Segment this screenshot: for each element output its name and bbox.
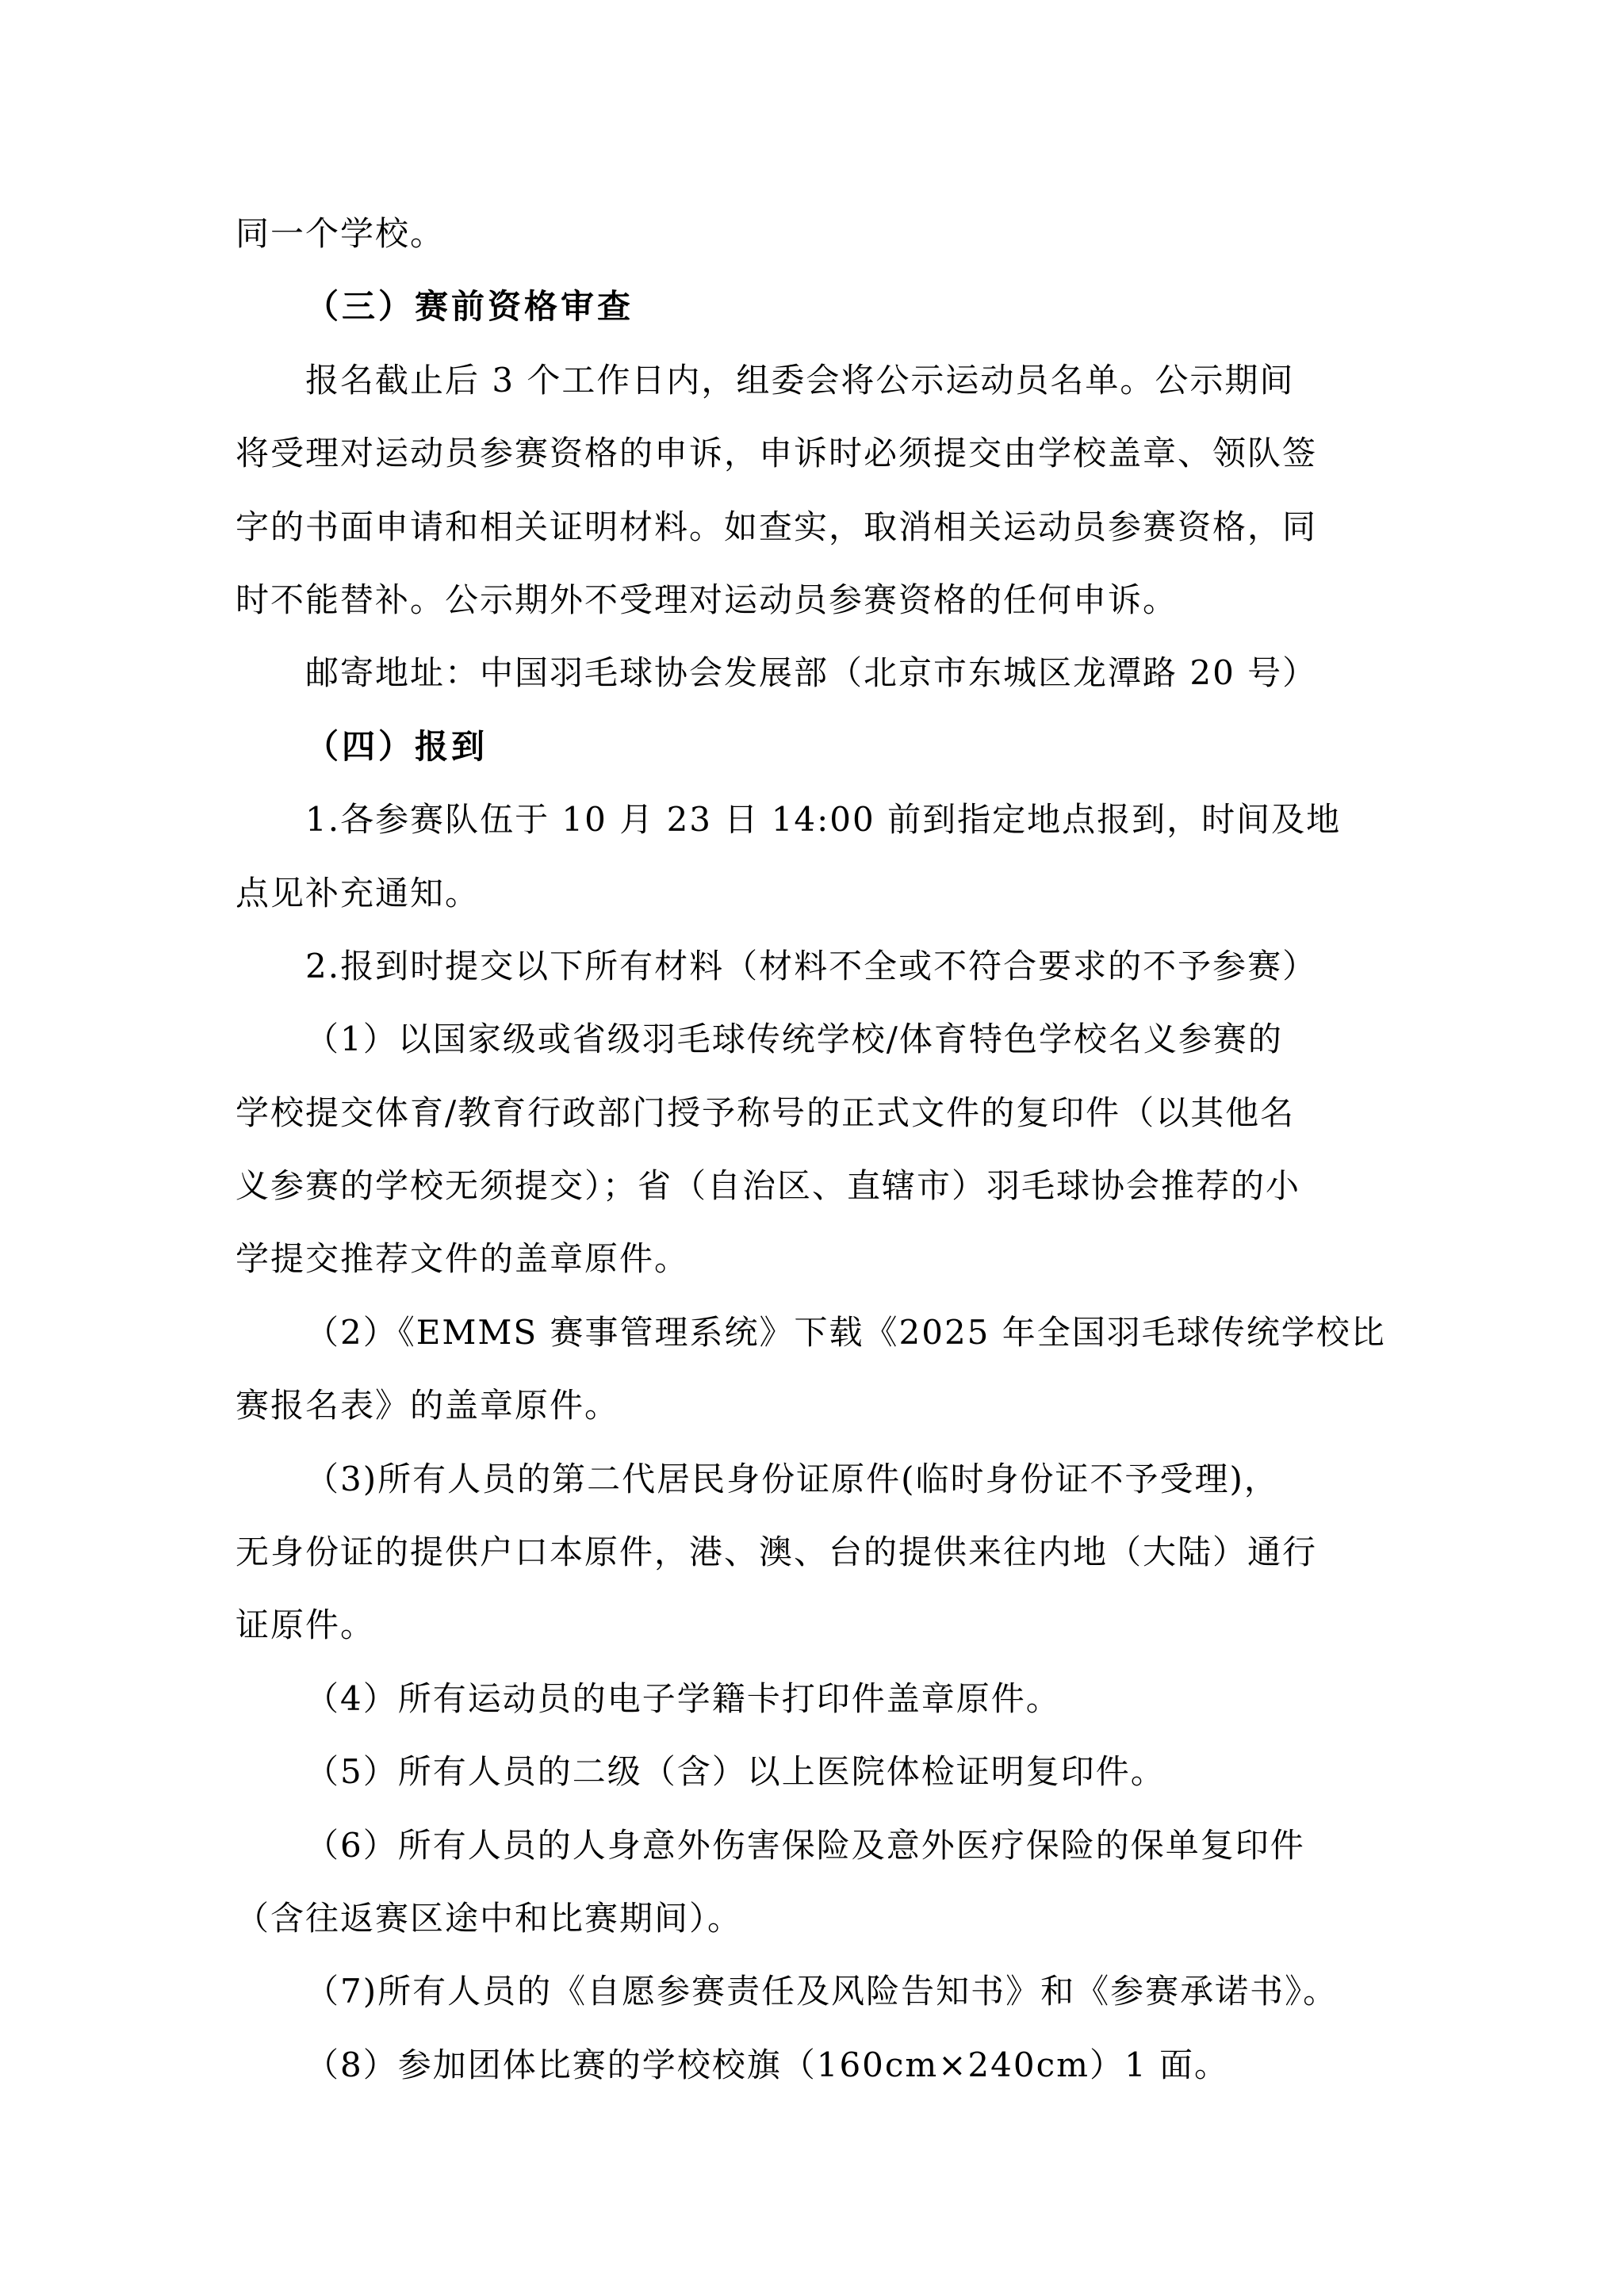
- paragraph-line: 学提交推荐文件的盖章原件。: [236, 1223, 1390, 1295]
- paragraph-line: 学校提交体育/教育行政部门授予称号的正式文件的复印件（以其他名: [236, 1077, 1390, 1150]
- sub-item-8: （8）参加团体比赛的学校校旗（160cm×240cm）1 面。: [236, 2029, 1390, 2102]
- list-item-2: 2.报到时提交以下所有材料（材料不全或不符合要求的不予参赛）: [236, 930, 1390, 1003]
- sub-item-2: （2）《EMMS 赛事管理系统》下载《2025 年全国羽毛球传统学校比: [236, 1296, 1390, 1369]
- sub-item-1: （1）以国家级或省级羽毛球传统学校/体育特色学校名义参赛的: [236, 1003, 1390, 1076]
- section-heading-check-in: （四）报到: [236, 710, 1390, 783]
- paragraph-line: 无身份证的提供户口本原件，港、澳、台的提供来往内地（大陆）通行: [236, 1516, 1390, 1589]
- sub-item-7: （7)所有人员的《自愿参赛责任及风险告知书》和《参赛承诺书》。: [236, 1955, 1390, 2028]
- list-item-1: 1.各参赛队伍于 10 月 23 日 14:00 前到指定地点报到，时间及地: [236, 783, 1390, 856]
- text-line-continuation: 同一个学校。: [236, 197, 1390, 270]
- paragraph-line: 点见补充通知。: [236, 857, 1390, 930]
- paragraph-line: 报名截止后 3 个工作日内，组委会将公示运动员名单。公示期间: [236, 344, 1390, 417]
- sub-item-5: （5）所有人员的二级（含）以上医院体检证明复印件。: [236, 1735, 1390, 1808]
- paragraph-line: 字的书面申请和相关证明材料。如查实，取消相关运动员参赛资格，同: [236, 491, 1390, 564]
- sub-item-3: （3)所有人员的第二代居民身份证原件(临时身份证不予受理)，: [236, 1443, 1390, 1516]
- document-page: 同一个学校。 （三）赛前资格审查 报名截止后 3 个工作日内，组委会将公示运动员…: [236, 197, 1390, 2102]
- mailing-address: 邮寄地址：中国羽毛球协会发展部（北京市东城区龙潭路 20 号）: [236, 637, 1390, 710]
- paragraph-line: （含往返赛区途中和比赛期间）。: [236, 1882, 1390, 1955]
- paragraph-line: 赛报名表》的盖章原件。: [236, 1369, 1390, 1442]
- paragraph-line: 时不能替补。公示期外不受理对运动员参赛资格的任何申诉。: [236, 564, 1390, 637]
- sub-item-6: （6）所有人员的人身意外伤害保险及意外医疗保险的保单复印件: [236, 1809, 1390, 1882]
- section-heading-qualification-review: （三）赛前资格审查: [236, 270, 1390, 343]
- paragraph-line: 将受理对运动员参赛资格的申诉，申诉时必须提交由学校盖章、领队签: [236, 417, 1390, 490]
- sub-item-4: （4）所有运动员的电子学籍卡打印件盖章原件。: [236, 1663, 1390, 1735]
- paragraph-line: 义参赛的学校无须提交）；省（自治区、直辖市）羽毛球协会推荐的小: [236, 1150, 1390, 1223]
- paragraph-line: 证原件。: [236, 1589, 1390, 1662]
